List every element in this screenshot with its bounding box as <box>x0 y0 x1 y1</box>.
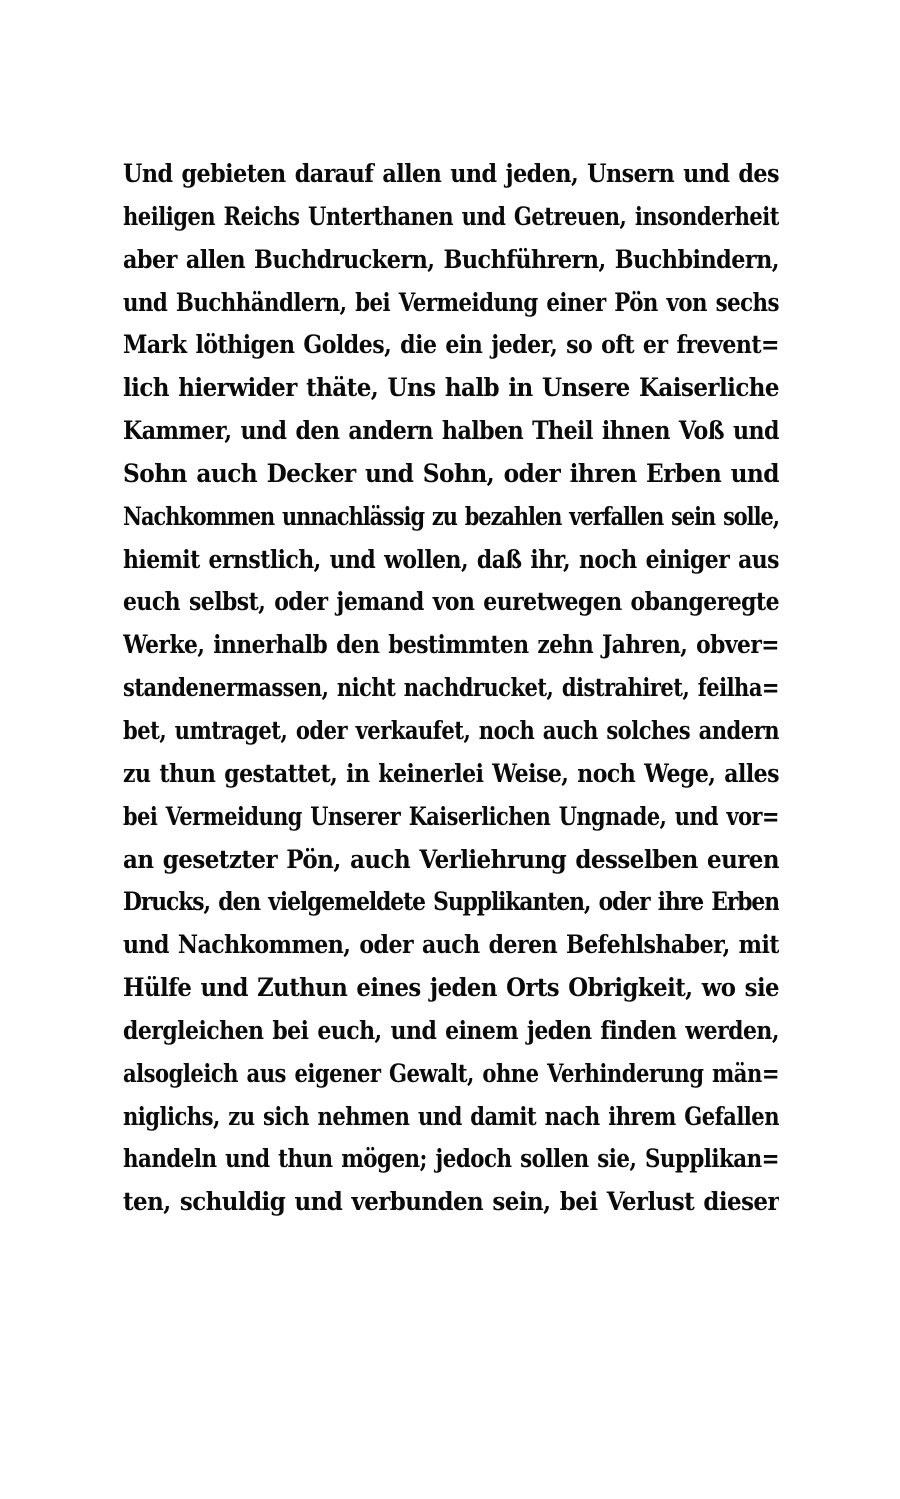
text-line: Werke, innerhalb den bestimmten zehn Jah… <box>123 624 779 667</box>
text-line: standenermassen, nicht nachdrucket, dist… <box>123 667 779 710</box>
text-line: handeln und thun mögen; jedoch sollen si… <box>123 1138 779 1181</box>
text-line: bet, umtraget, oder verkaufet, noch auch… <box>123 710 779 753</box>
text-line: Hülfe und Zuthun eines jeden Orts Obrigk… <box>123 967 779 1010</box>
text-line: bei Vermeidung Unserer Kaiserlichen Ungn… <box>123 796 779 839</box>
text-line: Kammer, und den andern halben Theil ihne… <box>123 410 779 453</box>
text-line: und Nachkommen, oder auch deren Befehlsh… <box>123 924 779 967</box>
text-line: ten, schuldig und verbunden sein, bei Ve… <box>123 1181 779 1224</box>
text-line: Nachkommen unnachlässig zu bezahlen verf… <box>123 496 779 539</box>
text-line: und Buchhändlern, bei Vermeidung einer P… <box>123 282 779 325</box>
text-line: Mark löthigen Goldes, die ein jeder, so … <box>123 324 779 367</box>
text-line: hiemit ernstlich, und wollen, daß ihr, n… <box>123 539 779 582</box>
text-line: heiligen Reichs Unterthanen und Getreuen… <box>123 196 779 239</box>
text-line: Und gebieten darauf allen und jeden, Uns… <box>123 153 779 196</box>
body-text: Und gebieten darauf allen und jeden, Uns… <box>123 153 779 1224</box>
text-line: dergleichen bei euch, und einem jeden fi… <box>123 1010 779 1053</box>
text-line: aber allen Buchdruckern, Buchführern, Bu… <box>123 239 779 282</box>
text-line: Sohn auch Decker und Sohn, oder ihren Er… <box>123 453 779 496</box>
text-line: niglichs, zu sich nehmen und damit nach … <box>123 1096 779 1139</box>
text-line: an gesetzter Pön, auch Verliehrung desse… <box>123 839 779 882</box>
text-line: lich hierwider thäte, Uns halb in Unsere… <box>123 367 779 410</box>
text-line: alsogleich aus eigener Gewalt, ohne Verh… <box>123 1053 779 1096</box>
text-line: euch selbst, oder jemand von euretwegen … <box>123 581 779 624</box>
text-line: zu thun gestattet, in keinerlei Weise, n… <box>123 753 779 796</box>
document-page: Und gebieten darauf allen und jeden, Uns… <box>0 0 900 1499</box>
text-line: Drucks, den vielgemeldete Supplikanten, … <box>123 881 779 924</box>
